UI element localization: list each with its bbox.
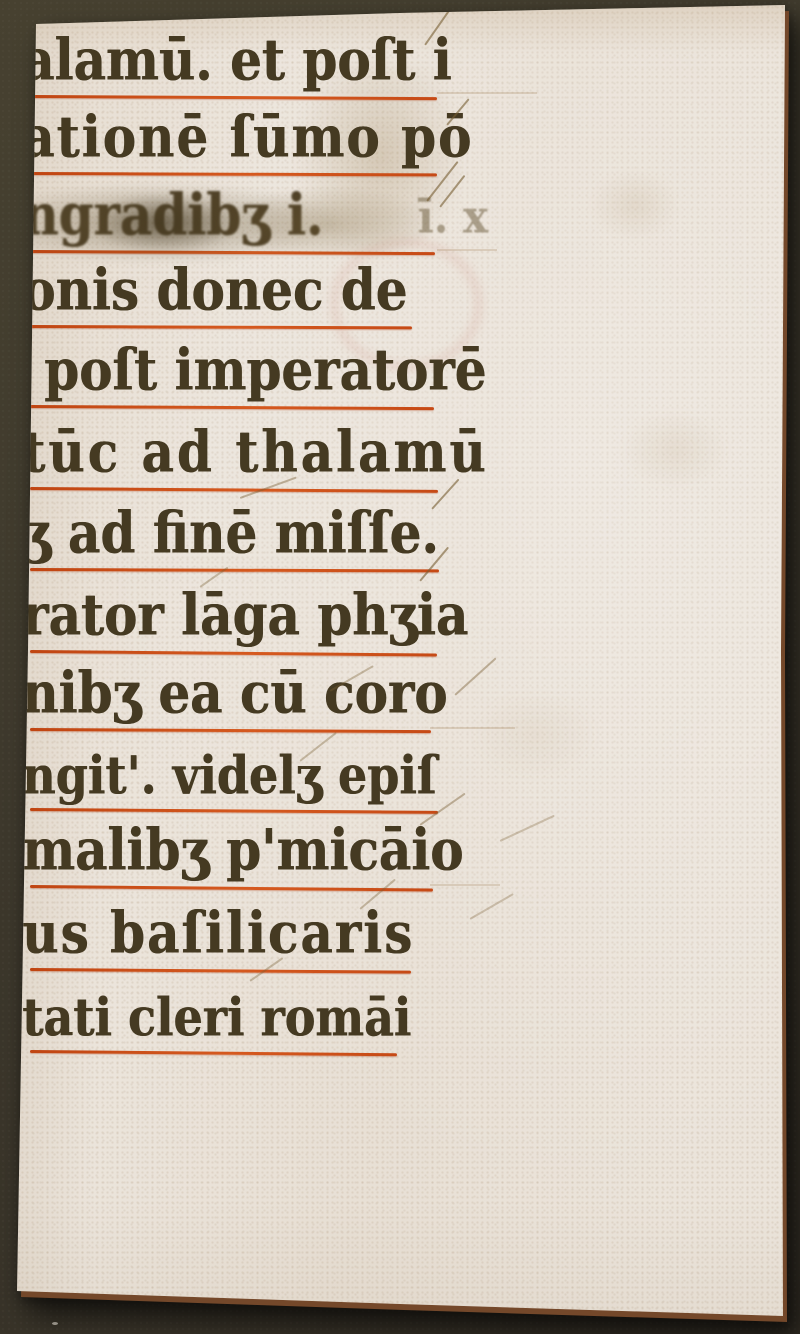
stain — [620, 410, 730, 490]
manuscript-text-line-11: malibʒ p'micāio — [22, 818, 492, 888]
line-text: ationē ſūmo pō — [22, 103, 473, 170]
line-text: ngit'. videlʒ epiſ — [22, 744, 436, 806]
line-text: us baſilicaris — [22, 899, 414, 966]
manuscript-text-line-10: ngit'. videlʒ epiſ — [22, 741, 492, 811]
line-text: tūc ad thalamū — [22, 418, 489, 485]
line-text: poſt imperatorē — [44, 336, 486, 403]
red-ruling-line — [30, 968, 411, 974]
manuscript-text-line-7: ʒ ad finē miſſe. — [22, 501, 492, 571]
line-text: nibʒ ea cū coro — [22, 659, 447, 726]
manuscript-text-line-9: nibʒ ea cū coro — [22, 661, 492, 731]
line-text: ngradibʒ i. — [22, 181, 323, 248]
red-ruling-line — [30, 568, 439, 572]
manuscript-text-line-1: alamū. et poſt i — [22, 28, 492, 98]
line-text: ʒ ad finē miſſe. — [22, 499, 439, 566]
manuscript-text-line-13: tati cleri romāi — [22, 983, 492, 1053]
stain — [590, 170, 680, 240]
red-ruling-line — [30, 250, 435, 255]
line-text: alamū. et poſt i — [22, 26, 452, 93]
red-ruling-line — [30, 808, 438, 814]
red-ruling-line — [30, 650, 437, 657]
faded-line-text: ī. x — [418, 190, 488, 244]
manuscript-text-line-4: onis donec de — [22, 258, 492, 328]
red-ruling-line — [30, 1050, 397, 1056]
pen-flourish — [500, 815, 555, 842]
red-ruling-line — [30, 95, 437, 100]
line-text: tati cleri romāi — [22, 986, 411, 1048]
red-ruling-line — [30, 405, 434, 410]
manuscript-text-line-5: poſt imperatorē — [22, 338, 492, 408]
red-ruling-line — [30, 325, 412, 329]
manuscript-text-line-6: tūc ad thalamū — [22, 420, 492, 490]
red-ruling-line — [30, 487, 438, 493]
manuscript-leaf: alamū. et poſt i ationē ſūmo pō ngradibʒ… — [0, 0, 800, 1334]
line-text: onis donec de — [22, 256, 407, 323]
red-ruling-line — [30, 172, 437, 176]
line-text: rator lāga phʒia — [22, 581, 468, 648]
red-ruling-line — [30, 728, 431, 733]
line-text: malibʒ p'micāio — [22, 816, 463, 883]
red-ruling-line — [30, 885, 433, 892]
manuscript-text-line-8: rator lāga phʒia — [22, 583, 492, 653]
manuscript-text-line-12: us baſilicaris — [22, 901, 492, 971]
manuscript-text-line-2: ationē ſūmo pō — [22, 105, 492, 175]
manuscript-text-line-3: ngradibʒ i. ī. x — [22, 183, 492, 253]
leaf-wrapper: alamū. et poſt i ationē ſūmo pō ngradibʒ… — [0, 0, 800, 1334]
